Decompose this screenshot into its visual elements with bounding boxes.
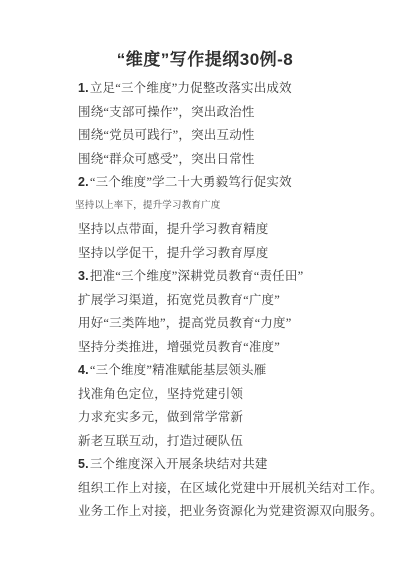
heading-number: 4.	[78, 363, 89, 377]
heading-text: 立足“三个维度”力促整改落实出成效	[90, 81, 292, 95]
outline-lines: 1.立足“三个维度”力促整改落实出成效围绕“支部可操作”，突出政治性围绕“党员可…	[0, 72, 410, 524]
heading-number: 2.	[78, 175, 89, 189]
outline-line: 组织工作上对接，在区域化党建中开展机关结对工作。	[78, 477, 392, 501]
heading-number: 3.	[78, 269, 89, 283]
heading-text: 三个维度深入开展条块结对共建	[90, 457, 268, 471]
outline-line: 扩展学习渠道，拓宽党员教育“广度”	[78, 289, 392, 313]
outline-line: 找准角色定位，坚持党建引领	[78, 383, 392, 407]
document-page: “维度”写作提纲30例-8 1.立足“三个维度”力促整改落实出成效围绕“支部可操…	[0, 0, 410, 580]
heading-text: “三个维度”学二十大勇毅笃行促实效	[90, 175, 292, 189]
outline-heading: 3.把准“三个维度”深耕党员教育“责任田”	[78, 265, 392, 289]
outline-line: 坚持以点带面，提升学习教育精度	[78, 218, 392, 242]
outline-line: 围绕“群众可感受”，突出日常性	[78, 148, 392, 172]
outline-line: 围绕“党员可践行”，突出互动性	[78, 124, 392, 148]
heading-text: 把准“三个维度”深耕党员教育“责任田”	[90, 269, 304, 283]
heading-number: 1.	[78, 81, 89, 95]
heading-number: 5.	[78, 457, 89, 471]
heading-text: “三个维度”精准赋能基层领头雁	[90, 363, 267, 377]
outline-line: 用好“三类阵地”，提高党员教育“力度”	[78, 312, 392, 336]
page-title: “维度”写作提纲30例-8	[0, 0, 410, 72]
outline-line: 坚持以学促干，提升学习教育厚度	[78, 242, 392, 266]
outline-line: 坚持以上率下，提升学习教育广度	[75, 195, 392, 219]
outline-line: 新老互联互动，打造过硬队伍	[78, 430, 392, 454]
outline-heading: 1.立足“三个维度”力促整改落实出成效	[78, 77, 392, 101]
outline-line: 力求充实多元，做到常学常新	[78, 406, 392, 430]
outline-heading: 4.“三个维度”精准赋能基层领头雁	[78, 359, 392, 383]
outline-line: 坚持分类推进，增强党员教育“准度”	[78, 336, 392, 360]
outline-line: 围绕“支部可操作”，突出政治性	[78, 101, 392, 125]
outline-heading: 5.三个维度深入开展条块结对共建	[78, 453, 392, 477]
outline-heading: 2.“三个维度”学二十大勇毅笃行促实效	[78, 171, 392, 195]
outline-line: 业务工作上对接，把业务资源化为党建资源双向服务。	[78, 500, 392, 524]
